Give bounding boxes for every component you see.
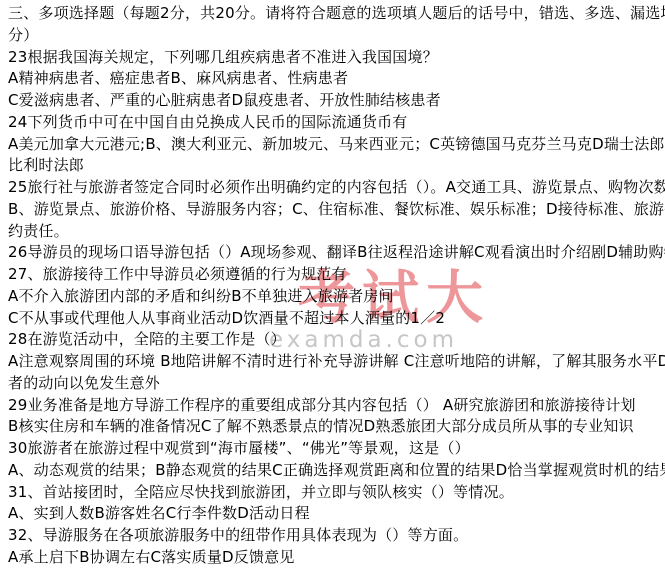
exam-paper-page: 考试大 examda.com 三、多项选择题（每题2分，共20分。请将符合题意的… <box>0 0 665 577</box>
question-27: 27、旅游接待工作中导游员必须遵循的行为规范有 <box>8 264 665 286</box>
question-30: 30旅游者在旅游过程中观赏到“海市蜃楼”、“佛光”等景观，这是（） <box>8 438 665 460</box>
question-28: 28在游览活动中，全陪的主要工作是（） <box>8 329 665 351</box>
question-26: 26导游员的现场口语导游包括（）A现场参观、翻译B往返程沿途讲解C观看演出时介绍… <box>8 242 665 264</box>
question-29: 29业务准备是地方导游工作程序的重要组成部分其内容包括（） A研究旅游团和旅游接… <box>8 395 665 417</box>
question-29-options: B核实住房和车辆的准备情况C了解不熟悉景点的情况D熟悉旅团大部分成员所从事的专业… <box>8 416 665 438</box>
question-24-options: A美元加拿大元港元;B、澳大利亚元、新加坡元、马来西亚元；C英镑德国马克芬兰马克… <box>8 134 665 156</box>
question-25-options-continuation: 约责任。 <box>8 221 665 243</box>
section-title-continuation: 分） <box>8 25 665 47</box>
question-28-options-continuation: 者的动向以免发生意外 <box>8 373 665 395</box>
question-25: 25旅行社与旅游者签定合同时必须作出明确约定的内容包括（）。A交通工具、游览景点… <box>8 177 665 199</box>
question-31: 31、首站接团时，全陪应尽快找到旅游团，并立即与领队核实（）等情况。 <box>8 482 665 504</box>
question-32: 32、导游服务在各项旅游服务中的纽带作用具体表现为（）等方面。 <box>8 525 665 547</box>
question-27-options-c-d: C不从事或代理他人从事商业活动D饮酒量不超过本人酒量的1／2 <box>8 308 665 330</box>
question-31-options: A、实到人数B游客姓名C行李件数D活动日程 <box>8 503 665 525</box>
question-30-options: A、动态观赏的结果；B静态观赏的结果C正确选择观赏距离和位置的结果D恰当掌握观赏… <box>8 460 665 482</box>
question-28-options: A注意观察周围的环境 B地陪讲解不清时进行补充导游讲解 C注意听地陪的讲解，了解… <box>8 351 665 373</box>
question-32-options: A承上启下B协调左右C落实质量D反馈意见 <box>8 547 665 569</box>
question-23-options-c-d: C爱滋病患者、严重的心脏病患者D鼠疫患者、开放性肺结核患者 <box>8 90 665 112</box>
exam-document: 三、多项选择题（每题2分，共20分。请将符合题意的选项填人题后的话号中，错选、多… <box>8 3 665 569</box>
question-24: 24下列货币中可在中国自由兑换成人民币的国际流通货币有 <box>8 112 665 134</box>
question-23-options-a-b: A精神病患者、癌症患者B、麻风病患者、性病患者 <box>8 68 665 90</box>
question-27-options-a-b: A不介入旅游团内部的矛盾和纠纷B不单独进入旅游者房间 <box>8 286 665 308</box>
question-25-options: B、游览景点、旅游价格、导游服务内容；C、住宿标准、餐饮标准、娱乐标准；D接待标… <box>8 199 665 221</box>
question-24-options-continuation: 比利时法郎 <box>8 155 665 177</box>
section-title: 三、多项选择题（每题2分，共20分。请将符合题意的选项填人题后的话号中，错选、多… <box>8 3 665 25</box>
question-23: 23根据我国海关规定，下列哪几组疾病患者不准进入我国国境？ <box>8 47 665 69</box>
